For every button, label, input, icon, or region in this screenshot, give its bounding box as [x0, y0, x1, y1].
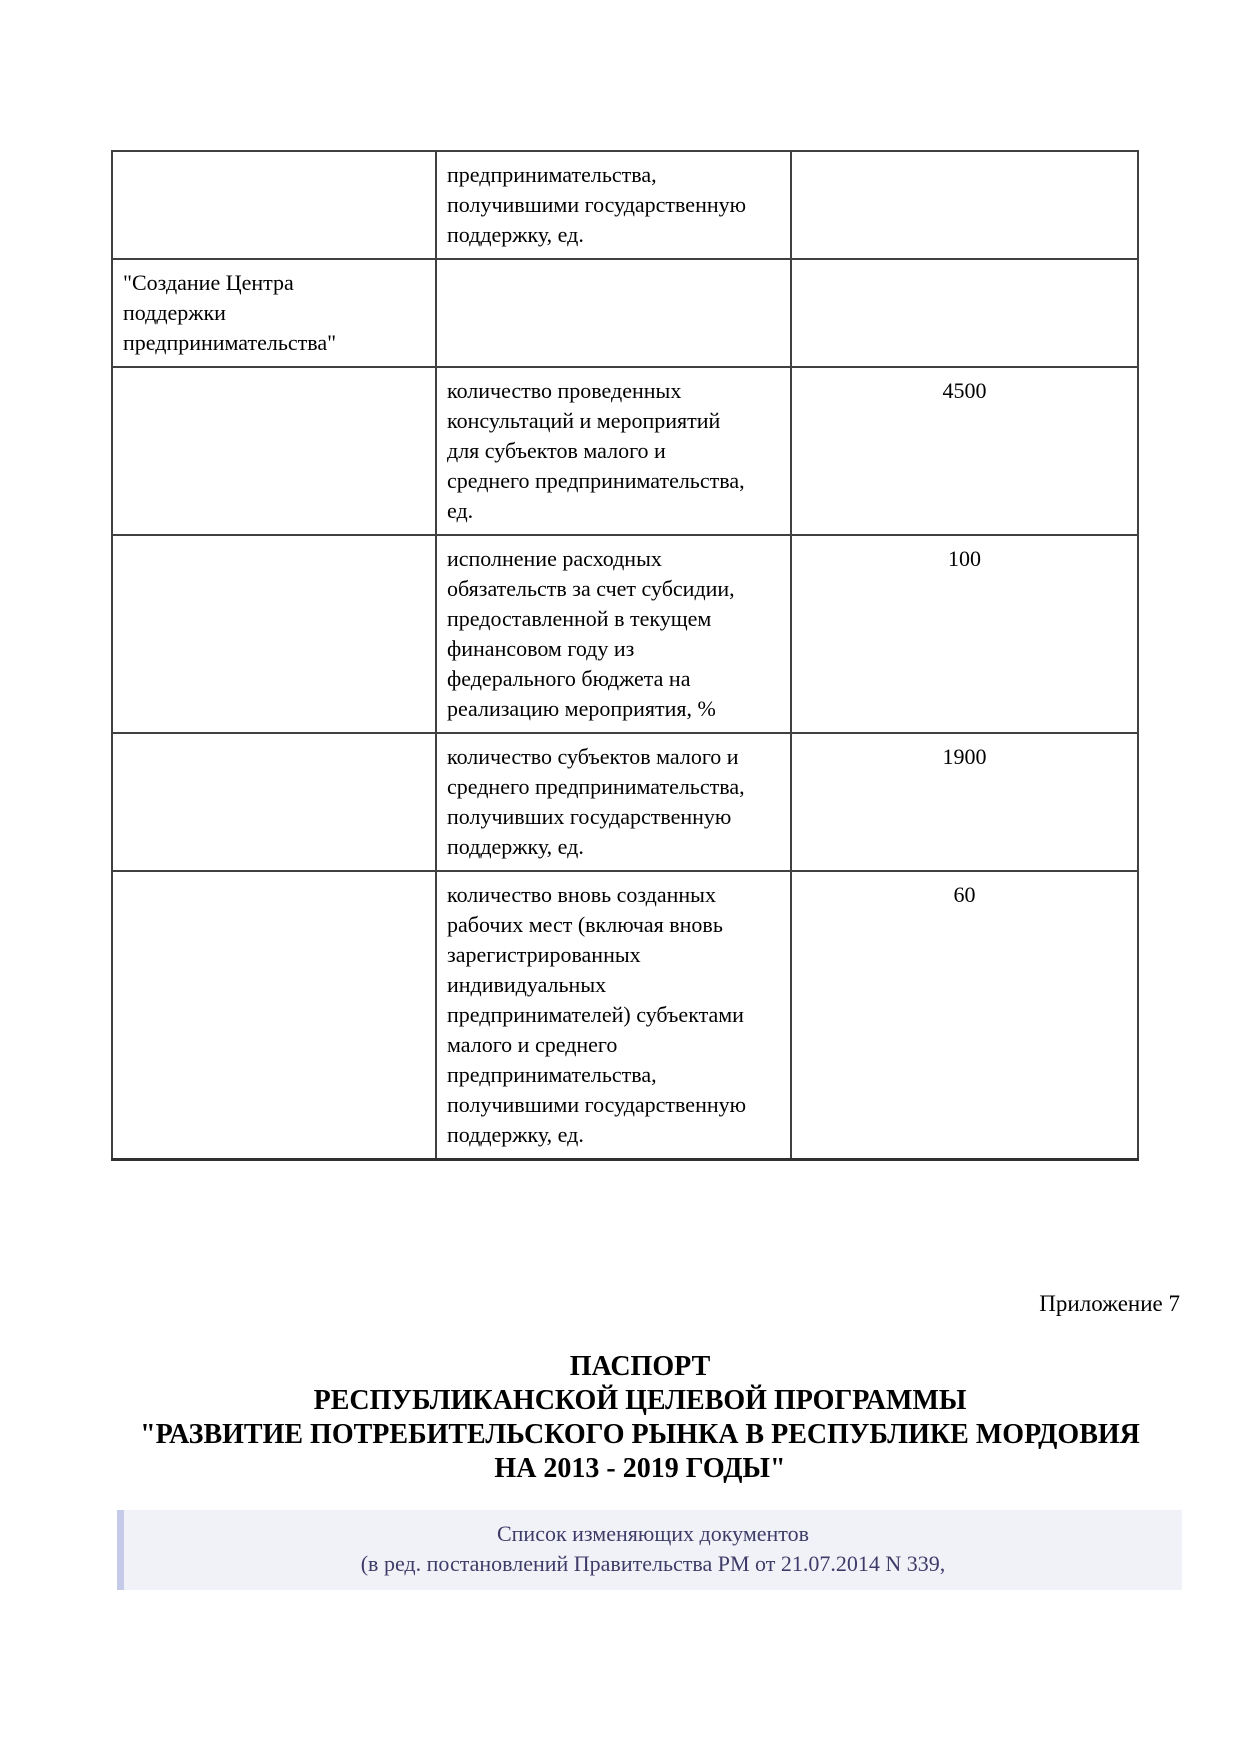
table-cell-program — [112, 733, 436, 871]
title-line-2: РЕСПУБЛИКАНСКОЙ ЦЕЛЕВОЙ ПРОГРАММЫ — [40, 1384, 1240, 1418]
title-line-4: НА 2013 - 2019 ГОДЫ" — [40, 1452, 1240, 1486]
amendments-line-2: (в ред. постановлений Правительства РМ о… — [124, 1549, 1182, 1579]
table-cell-indicator: количество субъектов малого и среднего п… — [436, 733, 791, 871]
table-cell-value: 100 — [791, 535, 1138, 733]
table-cell-program — [112, 151, 436, 259]
table-row: "Создание Центра поддержки предпринимате… — [112, 259, 1138, 367]
table-row: количество вновь созданных рабочих мест … — [112, 871, 1138, 1160]
table-cell-indicator: количество проведенных консультаций и ме… — [436, 367, 791, 535]
table-cell-program — [112, 535, 436, 733]
table-row: предпринимательства, получившими государ… — [112, 151, 1138, 259]
table-cell-program — [112, 871, 436, 1160]
table-cell-program: "Создание Центра поддержки предпринимате… — [112, 259, 436, 367]
table-row: количество проведенных консультаций и ме… — [112, 367, 1138, 535]
annex-label: Приложение 7 — [40, 1290, 1180, 1318]
amendments-box: Список изменяющих документов (в ред. пос… — [117, 1510, 1182, 1590]
table-cell-value: 4500 — [791, 367, 1138, 535]
table-cell-value: 1900 — [791, 733, 1138, 871]
table-cell-value — [791, 151, 1138, 259]
title-line-1: ПАСПОРТ — [40, 1350, 1240, 1384]
table-cell-program — [112, 367, 436, 535]
program-indicators-table: предпринимательства, получившими государ… — [111, 150, 1139, 1161]
table-row: количество субъектов малого и среднего п… — [112, 733, 1138, 871]
table-cell-indicator: количество вновь созданных рабочих мест … — [436, 871, 791, 1160]
amendments-line-1: Список изменяющих документов — [124, 1519, 1182, 1549]
document-title: ПАСПОРТ РЕСПУБЛИКАНСКОЙ ЦЕЛЕВОЙ ПРОГРАММ… — [40, 1350, 1240, 1486]
table-cell-value: 60 — [791, 871, 1138, 1160]
amendments-box-text: Список изменяющих документов (в ред. пос… — [124, 1510, 1182, 1579]
title-line-3: "РАЗВИТИЕ ПОТРЕБИТЕЛЬСКОГО РЫНКА В РЕСПУ… — [40, 1418, 1240, 1452]
table-cell-indicator — [436, 259, 791, 367]
document-page: предпринимательства, получившими государ… — [0, 0, 1240, 1754]
table-cell-indicator: предпринимательства, получившими государ… — [436, 151, 791, 259]
table-cell-value — [791, 259, 1138, 367]
table-row: исполнение расходных обязательств за сче… — [112, 535, 1138, 733]
table-cell-indicator: исполнение расходных обязательств за сче… — [436, 535, 791, 733]
